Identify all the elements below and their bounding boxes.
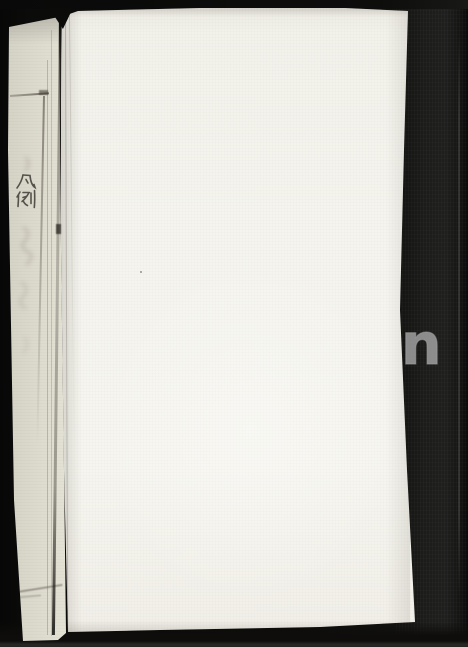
- page-stack-line: [47, 60, 48, 635]
- paper-highlight: [90, 250, 410, 610]
- book-cover-edge-highlight: [458, 36, 460, 596]
- dust-speck: [140, 271, 142, 273]
- blank-right-page: [0, 0, 468, 647]
- scanned-genealogy-page-photo: n 凡例: [0, 0, 468, 647]
- gutter-dark-tick: [56, 224, 61, 234]
- top-black-border: [0, 0, 468, 9]
- title-slip-corner-mark: [39, 90, 48, 95]
- page-stack-line: [51, 30, 52, 636]
- scan-bottom-edge: [0, 641, 468, 647]
- ink-bleedthrough-marks: [10, 148, 44, 378]
- watermark-letter-n: n: [401, 317, 442, 374]
